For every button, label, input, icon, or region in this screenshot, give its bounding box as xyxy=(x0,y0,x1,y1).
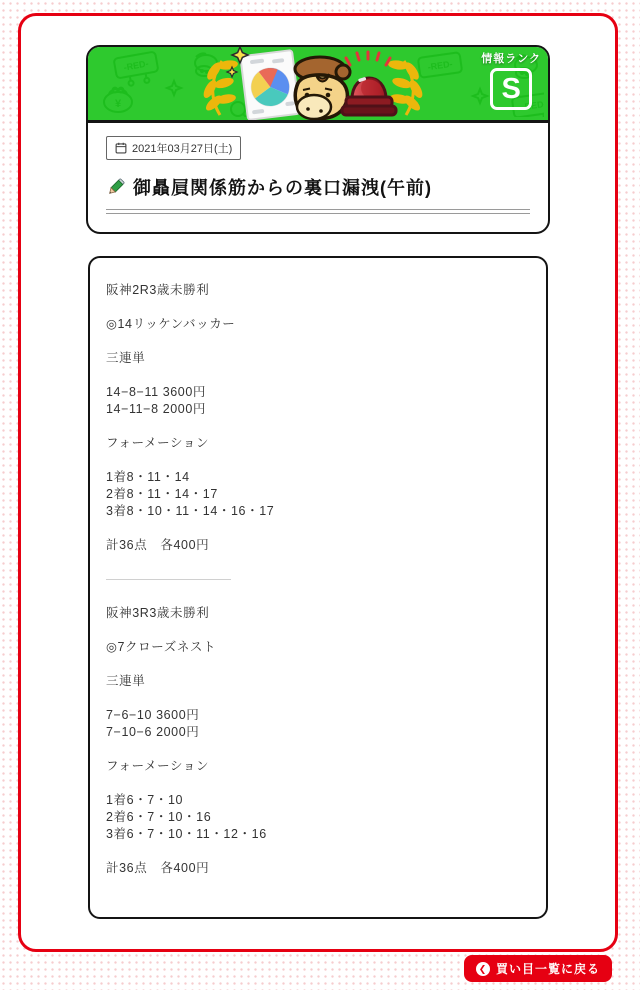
total-line: 計36点 各400円 xyxy=(106,537,530,554)
formation-line: 1着8・11・14 xyxy=(106,469,530,486)
bet-line: 14−11−8 2000円 xyxy=(106,401,530,418)
chart-paper-icon xyxy=(240,50,299,120)
title-underline xyxy=(106,209,530,214)
svg-text:-RED-: -RED- xyxy=(123,58,149,72)
formation-line: 1着6・7・10 xyxy=(106,792,530,809)
tips-text: 阪神2R3歳未勝利 ◎14リッケンバッカー 三連単 14−8−11 3600円 … xyxy=(106,282,530,877)
calendar-icon xyxy=(115,142,127,154)
race-name: 阪神2R3歳未勝利 xyxy=(106,282,530,299)
bet-type: 三連単 xyxy=(106,350,530,367)
siren-icon xyxy=(342,52,396,115)
chevron-left-icon: ❮ xyxy=(476,962,490,976)
pencil-icon xyxy=(106,177,126,197)
formation-line: 2着8・11・14・17 xyxy=(106,486,530,503)
section-separator: ―――――――――― xyxy=(106,571,530,588)
pick-horse: ◎7クローズネスト xyxy=(106,639,530,656)
formation-line: 3着6・7・10・11・12・16 xyxy=(106,826,530,843)
total-line: 計36点 各400円 xyxy=(106,860,530,877)
bet-type: 三連単 xyxy=(106,673,530,690)
back-to-list-button[interactable]: ❮ 買い目一覧に戻る xyxy=(464,955,612,982)
header-body: 2021年03月27日(土) 御贔屓関係筋からの裏口漏洩(午前) xyxy=(88,123,548,232)
banner-illustration xyxy=(188,47,438,120)
date-badge: 2021年03月27日(土) xyxy=(106,136,241,160)
race-name: 阪神3R3歳未勝利 xyxy=(106,605,530,622)
formation-line: 3着8・10・11・14・16・17 xyxy=(106,503,530,520)
pick-horse: ◎14リッケンバッカー xyxy=(106,316,530,333)
bet-line: 7−6−10 3600円 xyxy=(106,707,530,724)
sparkle-icon xyxy=(167,81,181,95)
back-button-label: 買い目一覧に戻る xyxy=(496,960,600,977)
date-text: 2021年03月27日(土) xyxy=(132,140,232,156)
formation-line: 2着6・7・10・16 xyxy=(106,809,530,826)
purse-icon: ¥ xyxy=(104,88,132,112)
formation-label: フォーメーション xyxy=(106,758,530,775)
page-title: 御贔屓関係筋からの裏口漏洩(午前) xyxy=(106,174,530,200)
svg-text:¥: ¥ xyxy=(115,98,122,110)
formation-label: フォーメーション xyxy=(106,435,530,452)
bet-line: 14−8−11 3600円 xyxy=(106,384,530,401)
tips-card: 阪神2R3歳未勝利 ◎14リッケンバッカー 三連単 14−8−11 3600円 … xyxy=(88,256,548,919)
laurel-left-icon xyxy=(201,59,238,115)
info-rank-badge: 情報ランク S xyxy=(481,50,541,110)
header-card: -RED- ¥ xyxy=(86,45,550,234)
rank-label: 情報ランク xyxy=(481,50,541,66)
campaign-banner: -RED- ¥ xyxy=(88,47,548,123)
page-frame: -RED- ¥ xyxy=(18,13,618,952)
page-title-text: 御贔屓関係筋からの裏口漏洩(午前) xyxy=(133,174,432,200)
bet-line: 7−10−6 2000円 xyxy=(106,724,530,741)
rank-s-letter: S xyxy=(490,68,532,110)
red-tag-icon: -RED- xyxy=(114,52,160,88)
